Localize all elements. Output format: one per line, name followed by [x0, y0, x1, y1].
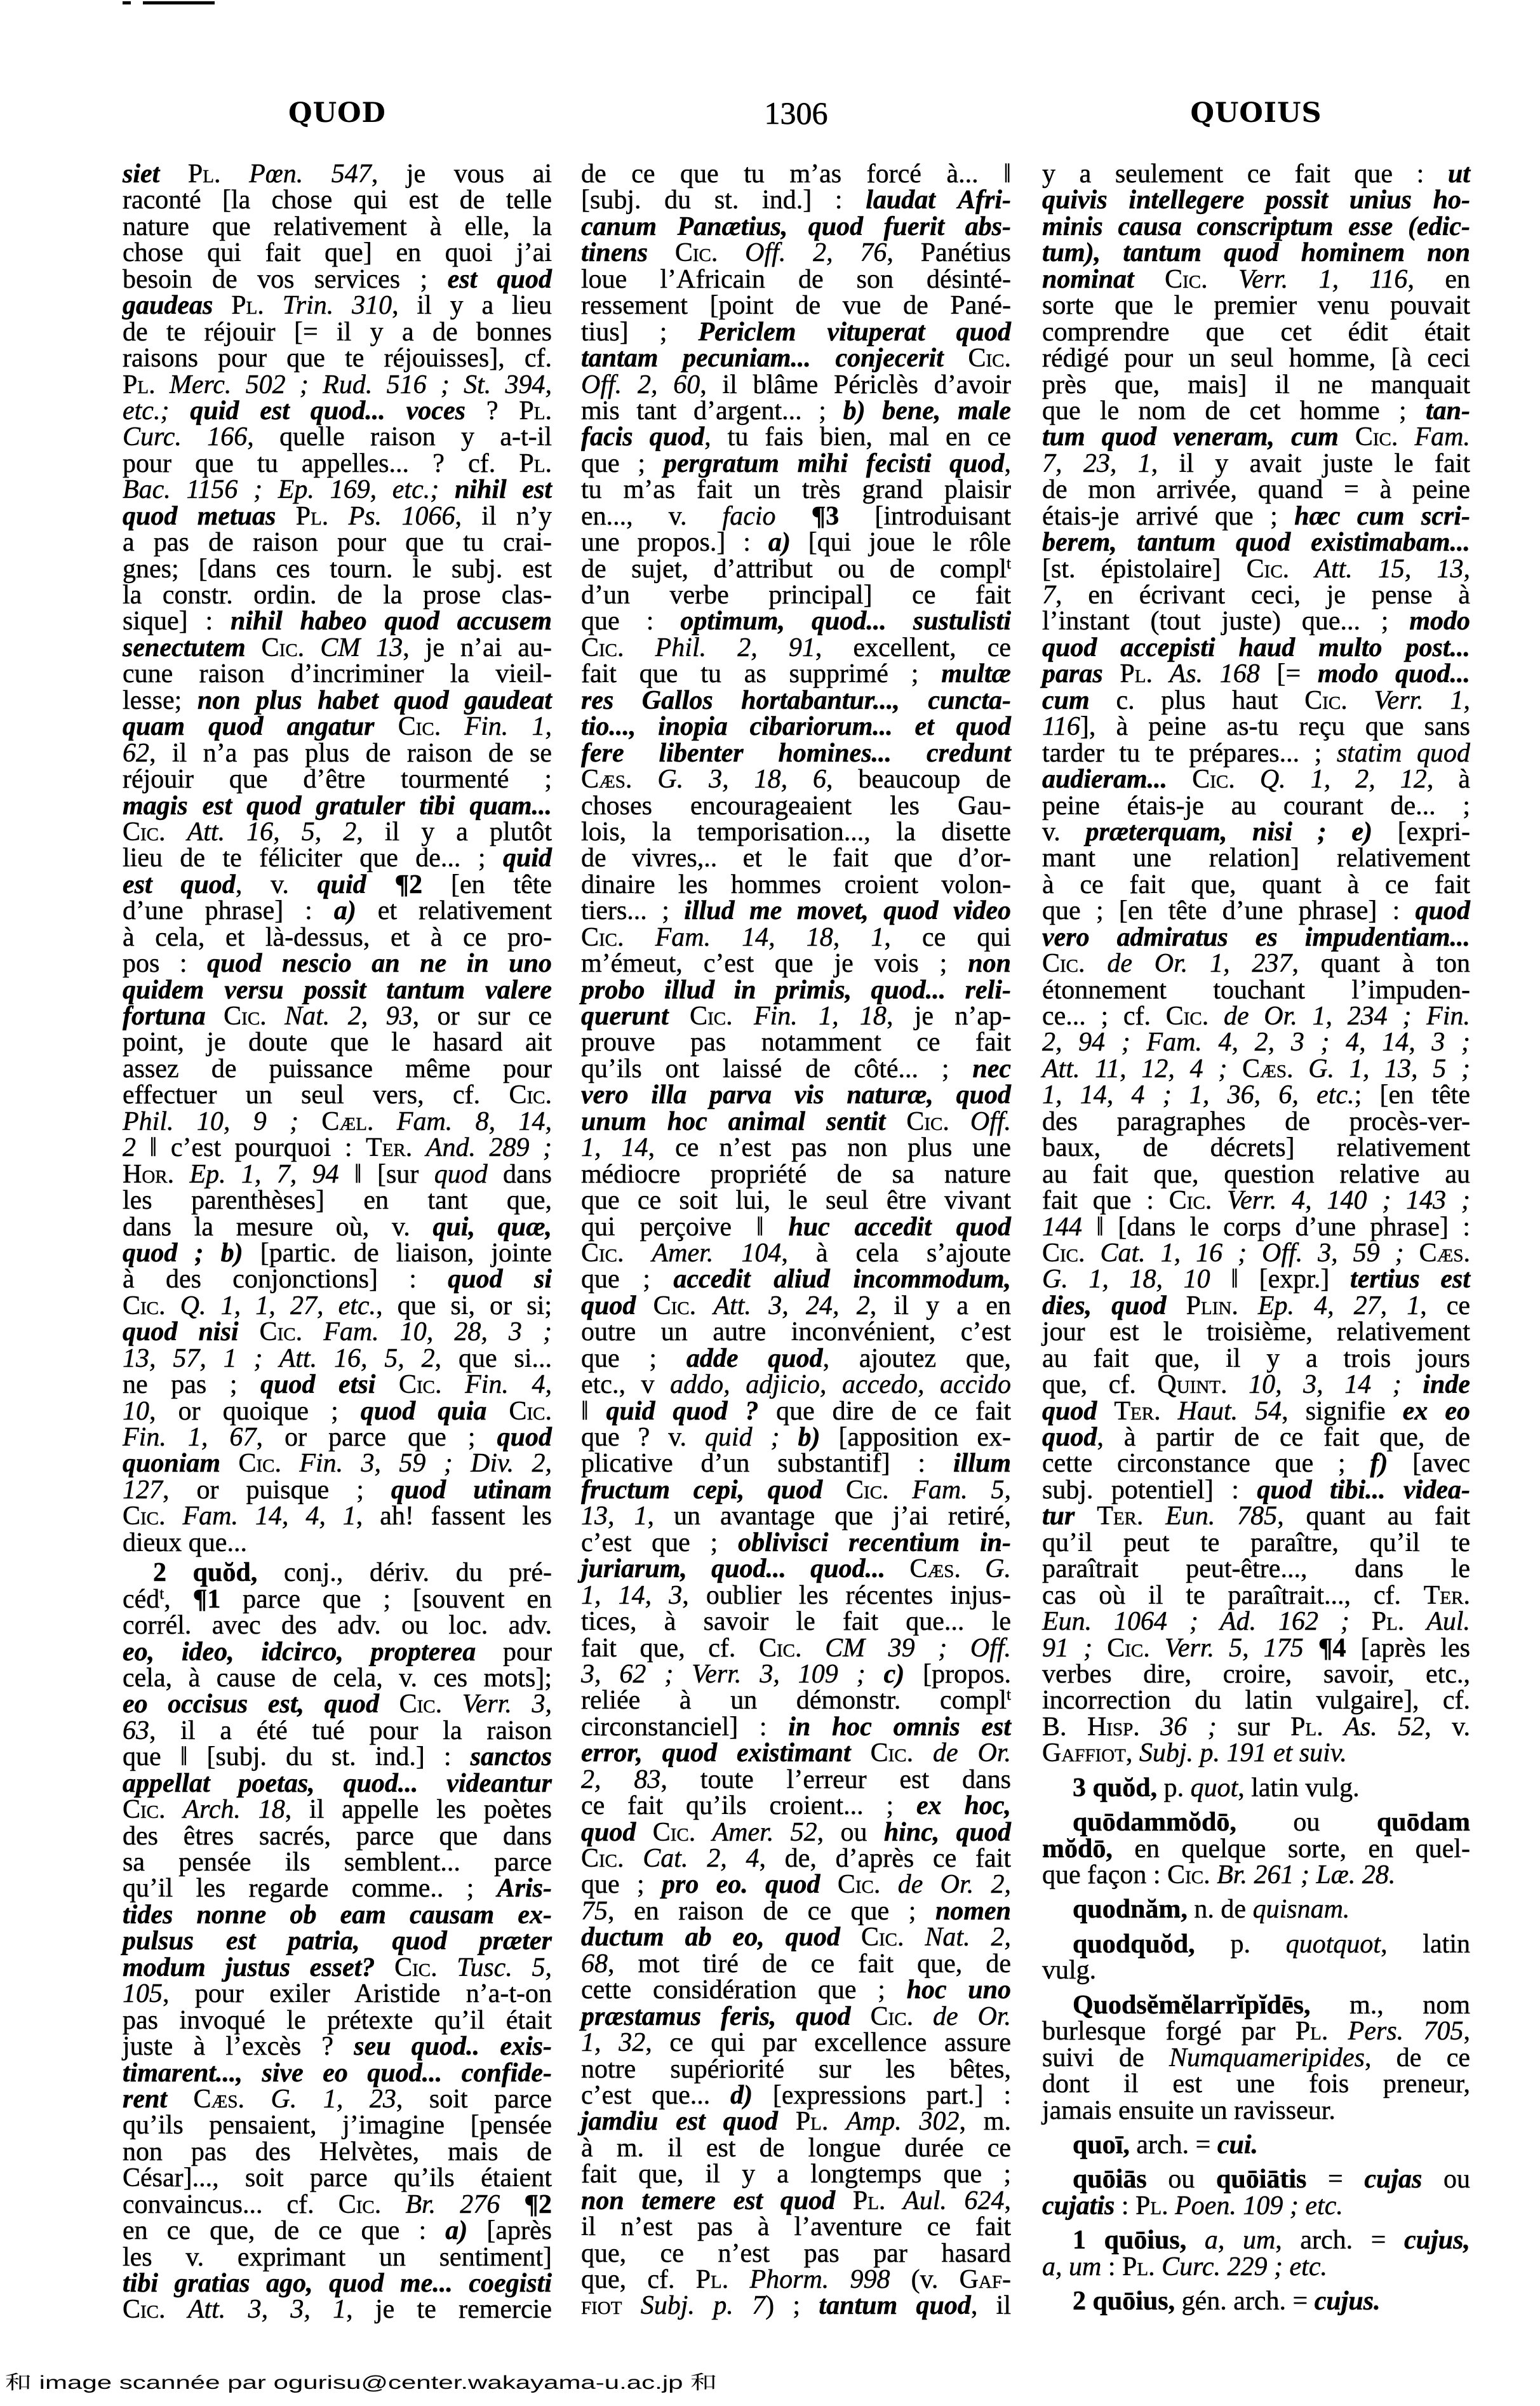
- definition-text: [412, 1133, 426, 1162]
- citation-reference: 62: [123, 739, 149, 768]
- definition-text: circonstanciel] :: [581, 1712, 788, 1742]
- latin-example: hoc uno: [907, 1975, 1011, 2005]
- definition-text: , il y a plutôt: [356, 817, 552, 847]
- definition-text: [1085, 1239, 1101, 1268]
- latin-example: quod etsi: [260, 1370, 375, 1399]
- definition-text: , il n’a pas plus de raison de se: [149, 739, 552, 768]
- author-abbreviation: Ter.: [1097, 1502, 1143, 1531]
- text-line: en ce que, de ce que : a) [après: [123, 2218, 552, 2244]
- definition-text: [1227, 1054, 1242, 1084]
- definition-text: [1150, 1634, 1165, 1663]
- definition-text: [802, 1634, 826, 1663]
- definition-text: , il y avait juste le fait: [1151, 449, 1470, 478]
- definition-text: [166, 1291, 180, 1321]
- definition-text: [1210, 1860, 1217, 1890]
- definition-text: c’est que ;: [581, 1528, 738, 1557]
- entry-first-line: quodquŏd, p. quotquot, latin: [1042, 1932, 1470, 1958]
- definition-text: ou: [1236, 1808, 1377, 1837]
- text-line: d’une phrase] : a) et relativement: [123, 898, 552, 924]
- author-abbreviation: Quint.: [1157, 1370, 1227, 1399]
- definition-text: [1323, 1712, 1344, 1742]
- citation-reference: 116: [1042, 712, 1080, 741]
- latin-example: d): [730, 2081, 753, 2110]
- citation-reference: Verr. 1, 116: [1238, 265, 1407, 294]
- latin-example: quod: [1042, 1423, 1097, 1452]
- definition-text: , oublier les récentes injus-: [682, 1581, 1011, 1610]
- author-abbreviation: Cic.: [509, 1397, 552, 1426]
- latin-example: quidem versu possit tantum valere: [123, 976, 552, 1005]
- definition-text: ‖ [sur: [339, 1160, 434, 1189]
- headword: 2 quŏd,: [153, 1558, 257, 1587]
- definition-text: [379, 1690, 399, 1719]
- latin-example: tertius est: [1350, 1265, 1470, 1294]
- definition-text: [159, 159, 188, 189]
- latin-example: Aris-: [497, 1874, 552, 1903]
- text-line: fiot Subj. p. 7) ; tantum quod, il: [581, 2293, 1011, 2319]
- definition-text: mis tant d’argent... ;: [581, 396, 843, 426]
- text-line: notre supériorité sur les bêtes,: [581, 2057, 1011, 2083]
- definition-text: , beaucoup de: [826, 765, 1011, 794]
- text-line: 2 ‖ c’est pourquoi : Ter. And. 289 ;: [123, 1135, 552, 1161]
- citation-reference: 10, 3, 14 ;: [1249, 1370, 1402, 1399]
- latin-example: quod accepisti haud multo post...: [1042, 633, 1470, 662]
- definition-text: que ce soit lui, le seul être vivant: [581, 1186, 1011, 1215]
- definition-text: [375, 712, 398, 741]
- column-left: siet Pl. Pœn. 547, je vous airaconté [la…: [123, 161, 552, 2323]
- citation-reference: Fin. 1,: [464, 712, 552, 741]
- definition-text: [375, 1370, 399, 1399]
- scan-artifact-mark: [123, 1, 215, 4]
- latin-example: laudat Afri-: [866, 185, 1011, 215]
- definition-text: [1140, 1712, 1161, 1742]
- latin-example: hinc, quod: [884, 1818, 1011, 1847]
- definition-text: c’est que...: [581, 2081, 730, 2110]
- text-line: ductum ab eo, quod Cic. Nat. 2,: [581, 1925, 1011, 1951]
- latin-example: fortuna: [123, 1002, 206, 1031]
- definition-text: ‖ [dans le corps d’une phrase] :: [1082, 1213, 1470, 1242]
- definition-text: [624, 1844, 643, 1873]
- latin-example: jamdiu est quod: [581, 2107, 778, 2136]
- text-line: præstamus feris, quod Cic. de Or.: [581, 2004, 1011, 2030]
- text-line: Cic. Fam. 14, 4, 1, ah! fassent les: [123, 1503, 552, 1529]
- text-line: c’est que ; oblivisci recentium in-: [581, 1530, 1011, 1556]
- text-line: près que, mais] il ne manquait: [1042, 372, 1470, 398]
- definition-text: subj. potentiel] :: [1042, 1475, 1257, 1505]
- author-abbreviation: Cic.: [398, 712, 441, 741]
- citation-reference: Fam. 10, 28, 3 ;: [323, 1317, 552, 1347]
- text-line: que, cf. Quint. 10, 3, 14 ; inde: [1042, 1372, 1470, 1398]
- text-line: B. Hisp. 36 ; sur Pl. As. 52, v.: [1042, 1714, 1470, 1740]
- definition-text: , or quoique ;: [149, 1397, 361, 1426]
- definition-text: [introduisant: [839, 502, 1011, 531]
- definition-text: ou: [1422, 2165, 1470, 2194]
- definition-text: [206, 1002, 224, 1031]
- definition-text: , à cela s’ajoute: [781, 1239, 1011, 1268]
- definition-text: dans la mesure où, v.: [123, 1213, 433, 1242]
- citation-reference: quod: [434, 1160, 488, 1189]
- text-line: vero admiratus es impudentiam...: [1042, 925, 1470, 951]
- text-line: tiers... ; illud me movet, quod video: [581, 898, 1011, 924]
- definition-text: dinaire les hommes croient volon-: [581, 870, 1011, 899]
- citation-reference: Tusc. 5,: [457, 1953, 552, 1982]
- latin-example: quod nescio an ne in uno: [207, 949, 552, 978]
- definition-text: , il blâme Périclès d’avoir: [700, 370, 1011, 400]
- text-line: 2, 83, toute l’erreur est dans: [581, 1767, 1011, 1793]
- headword: 2 quōius,: [1073, 2287, 1175, 2316]
- text-line: Cic. Att. 3, 3, 1, je te remercie: [123, 2297, 552, 2323]
- text-line: dinaire les hommes croient volon-: [581, 872, 1011, 898]
- citation-reference: As. 52: [1344, 1712, 1424, 1742]
- latin-example: cui.: [1217, 2130, 1258, 2160]
- definition-text: , en raison de ce que ;: [608, 1897, 935, 1926]
- text-line: Pl. Merc. 502 ; Rud. 516 ; St. 394,: [123, 372, 552, 398]
- latin-example: huc accedit quod: [788, 1213, 1011, 1242]
- latin-example: quod: [1416, 896, 1470, 925]
- citation-reference: Amp. 302: [846, 2107, 959, 2136]
- entry-first-line: Quodsĕmĕlarrĭpĭdēs, m., nom: [1042, 1993, 1470, 2019]
- text-line: tur Ter. Eun. 785, quant au fait: [1042, 1503, 1470, 1529]
- text-line: etc., v addo, adjicio, accedo, accido: [581, 1372, 1011, 1398]
- text-line: timarent..., sive eo quod... confide-: [123, 2060, 552, 2087]
- headword: quōdammŏdō,: [1073, 1808, 1236, 1837]
- text-line: des paragraphes de procès-ver-: [1042, 1109, 1470, 1135]
- text-line: que ce soit lui, le seul être vivant: [581, 1188, 1011, 1214]
- definition-text: gén. arch. =: [1175, 2287, 1315, 2316]
- text-line: tum), tantum quod hominem non: [1042, 240, 1470, 266]
- citation-reference: Fam. 14, 18, 1: [655, 923, 885, 952]
- latin-example: b) bene, male: [843, 396, 1011, 426]
- definition-text: [220, 1449, 238, 1478]
- latin-example: cujus,: [1404, 2226, 1470, 2255]
- citation-reference: Merc. 502 ; Rud. 516 ; St. 394,: [170, 370, 552, 400]
- citation-reference: 1, 14, 3: [581, 1581, 682, 1610]
- citation-reference: a, um: [1042, 2252, 1101, 2282]
- text-line: étais-je arrivé que ; hæc cum scri-: [1042, 504, 1470, 530]
- text-line: 7, 23, 1, il y avait juste le fait: [1042, 451, 1470, 477]
- citation-reference: CM 39 ; Off.: [825, 1634, 1011, 1663]
- text-line: les v. exprimant un sentiment]: [123, 2245, 552, 2271]
- text-line: tibi gratias ago, quod me... coegisti: [123, 2271, 552, 2297]
- text-line: à des conjonctions] : quod si: [123, 1267, 552, 1293]
- definition-text: , v.: [1424, 1712, 1470, 1742]
- citation-reference: Phil. 2, 91: [655, 633, 815, 662]
- citation-reference: 1, 32: [581, 2028, 645, 2057]
- latin-example: oblivisci recentium in-: [738, 1528, 1011, 1557]
- citation-reference: addo, adjicio, accedo, accido: [670, 1370, 1011, 1399]
- definition-text: n. de: [1188, 1895, 1253, 1924]
- definition-text: céd: [123, 1585, 159, 1614]
- definition-text: parce que ; [souvent en: [220, 1585, 552, 1614]
- text-line: qu’ils pensaient, j’imagine [pensée: [123, 2113, 552, 2139]
- definition-text: [1097, 1397, 1114, 1426]
- citation-reference: 13, 1: [581, 1502, 648, 1531]
- definition-text: B.: [1042, 1712, 1087, 1742]
- text-line: quod Cic. Att. 3, 24, 2, il y a en: [581, 1293, 1011, 1319]
- citation-reference: Cat. 1, 16 ; Off. 3, 59 ;: [1100, 1239, 1403, 1268]
- definition-text: étonnement touchant l’impuden-: [1042, 976, 1470, 1005]
- definition-text: raconté [la chose qui est de telle: [123, 185, 552, 215]
- definition-text: , un avantage que j’ai retiré,: [648, 1502, 1012, 1531]
- author-abbreviation: Cic.: [1042, 949, 1085, 978]
- citation-reference: Subj. p. 7: [641, 2291, 765, 2320]
- text-line: c’est que... d) [expressions part.] :: [581, 2083, 1011, 2109]
- definition-text: [776, 502, 812, 531]
- definition-text: [246, 633, 262, 662]
- author-abbreviation: Gaf-: [960, 2265, 1011, 2294]
- text-line: outre un autre inconvénient, c’est: [581, 1319, 1011, 1345]
- definition-text: peine étais-je au courant de... ;: [1042, 791, 1470, 821]
- definition-text: [828, 2107, 846, 2136]
- definition-text: qu’il peut te paraître, qu’il te: [1042, 1528, 1470, 1557]
- author-abbreviation: Cic.: [123, 817, 166, 847]
- definition-text: [1348, 686, 1374, 715]
- definition-text: suivi de: [1042, 2043, 1169, 2073]
- definition-text: ], à peine as-tu reçu que sans: [1080, 712, 1470, 741]
- author-abbreviation: Cic.: [675, 238, 718, 267]
- text-line: raconté [la chose qui est de telle: [123, 187, 552, 213]
- latin-example: fere libenter homines... credunt: [581, 739, 1011, 768]
- text-line: ce... ; cf. Cic. de Or. 1, 234 ; Fin.: [1042, 1004, 1470, 1030]
- author-abbreviation: Cic.: [123, 1291, 166, 1321]
- author-abbreviation: Pl.: [231, 291, 264, 320]
- definition-text: [835, 2186, 853, 2215]
- citation-reference: Verr. 5, 175: [1165, 1634, 1304, 1663]
- definition-text: [subj. du st. ind.] :: [581, 185, 866, 215]
- text-line: que ‖ [subj. du st. ind.] : sanctos: [123, 1744, 552, 1770]
- citation-reference: Ep. 1, 7, 94: [189, 1160, 338, 1189]
- definition-text: pour: [476, 1637, 552, 1667]
- citation-reference: Br. 261 ; Læ. 28.: [1217, 1860, 1395, 1890]
- definition-text: , m.: [960, 2107, 1011, 2136]
- author-abbreviation: fiot: [581, 2291, 622, 2320]
- text-line: tu m’as fait un très grand plaisir: [581, 477, 1011, 503]
- definition-text: , que si...: [435, 1344, 552, 1373]
- definition-text: tius] ;: [581, 318, 699, 347]
- latin-example: probo illud in primis, quod... reli-: [581, 976, 1011, 1005]
- author-abbreviation: Cic.: [1042, 1239, 1085, 1268]
- text-line: juriarum, quod... quod... Cæs. G.: [581, 1556, 1011, 1582]
- text-line: tides nonne ob eam causam ex-: [123, 1902, 552, 1928]
- definition-text: reliée à un démonstr. compl: [581, 1686, 1007, 1715]
- definition-text: [298, 1107, 321, 1136]
- text-line: choses encourageaient les Gau-: [581, 793, 1011, 819]
- text-line: assez de puissance même pour: [123, 1056, 552, 1082]
- definition-text: y a seulement ce fait que :: [1042, 159, 1448, 189]
- text-line: 144 ‖ [dans le corps d’une phrase] :: [1042, 1214, 1470, 1240]
- definition-text: lois, la temporisation..., la disette: [581, 817, 1011, 847]
- author-abbreviation: Pl.: [1135, 2191, 1168, 2221]
- running-head-right: QUOIUS: [1042, 97, 1470, 129]
- entry-first-line: quōiās ou quōiātis = cujas ou: [1042, 2167, 1470, 2193]
- text-line: burlesque forgé par Pl. Pers. 705,: [1042, 2019, 1470, 2045]
- definition-text: à des conjonctions] :: [123, 1265, 448, 1294]
- definition-text: , soit parce: [396, 2085, 552, 2114]
- headword: quōdam: [1377, 1808, 1470, 1837]
- latin-example: hæc cum scri-: [1294, 502, 1470, 531]
- definition-text: médiocre propriété de sa nature: [581, 1160, 1011, 1189]
- definition-text: tu m’as fait un très grand plaisir: [581, 475, 1011, 504]
- definition-text: , que si, or si;: [376, 1291, 552, 1321]
- definition-text: choses encourageaient les Gau-: [581, 791, 1011, 821]
- citation-reference: statim quod: [1337, 739, 1470, 768]
- text-line: qu’il les regarde comme.. ; Aris-: [123, 1876, 552, 1902]
- citation-reference: Fin. 1, 67: [123, 1423, 257, 1452]
- definition-text: sorte que le premier venu pouvait: [1042, 291, 1470, 320]
- text-line: 3, 62 ; Verr. 3, 109 ; c) [propos.: [581, 1662, 1011, 1688]
- citation-reference: Off.: [970, 1107, 1011, 1136]
- latin-example: adde quod: [686, 1344, 823, 1373]
- text-line: Att. 11, 12, 4 ; Cæs. G. 1, 13, 5 ;: [1042, 1056, 1470, 1082]
- text-line: 75, en raison de ce que ; nomen: [581, 1899, 1011, 1925]
- section-mark: ¶3: [812, 502, 840, 531]
- latin-example: ut: [1448, 159, 1470, 189]
- text-line: cujatis : Pl. Poen. 109 ; etc.: [1042, 2193, 1470, 2219]
- definition-text: au fait que, il y a trois jours: [1042, 1344, 1470, 1373]
- definition-text: [328, 502, 348, 531]
- text-line: quod, à partir de ce fait que, de: [1042, 1425, 1470, 1451]
- text-line: y a seulement ce fait que : ut: [1042, 161, 1470, 187]
- definition-text: dont il est une fois preneur,: [1042, 2069, 1470, 2099]
- definition-text: [213, 291, 231, 320]
- text-line: les parenthèses] en tant que,: [123, 1188, 552, 1214]
- text-line: ressement [point de vue de Pané-: [581, 293, 1011, 319]
- definition-text: , excellent, ce: [815, 633, 1011, 662]
- definition-text: [1404, 1239, 1419, 1268]
- text-line: lesse; non plus habet quod gaudeat: [123, 688, 552, 714]
- latin-example: est quod: [123, 870, 236, 899]
- text-line: verbes dire, croire, savoir, etc.,: [1042, 1662, 1470, 1688]
- definition-text: cette circonstance que ;: [1042, 1449, 1370, 1478]
- author-abbreviation: Cic.: [262, 633, 305, 662]
- latin-example: appellat poetas, quod... videantur: [123, 1769, 552, 1798]
- definition-text: , je n’ap-: [887, 1002, 1011, 1031]
- definition-text: [expressions part.] :: [753, 2081, 1011, 2110]
- latin-example: tinens: [581, 238, 648, 267]
- citation-reference: 127: [123, 1475, 163, 1505]
- superscript: t: [1007, 1687, 1011, 1704]
- text-line: baux, de décrets] relativement: [1042, 1135, 1470, 1161]
- definition-text: , je te remercie: [346, 2295, 552, 2324]
- citation-reference: Verr. 1,: [1374, 686, 1470, 715]
- text-line: gaudeas Pl. Trin. 310, il y a lieu: [123, 293, 552, 319]
- definition-text: [1085, 949, 1108, 978]
- definition-text: ,: [1005, 2186, 1012, 2215]
- text-line: est quod, v. quid ¶2 [en tête: [123, 872, 552, 898]
- definition-text: [880, 1870, 897, 1899]
- citation-reference: Poen. 109 ; etc.: [1175, 2191, 1343, 2221]
- definition-text: cela, à cause de cela, v. ces mots];: [123, 1663, 552, 1693]
- citation-reference: Amer. 52: [713, 1818, 817, 1847]
- author-abbreviation: Cic.: [861, 1923, 904, 1952]
- text-line: 68, mot tiré de ce fait que, de: [581, 1951, 1011, 1977]
- latin-example: paras: [1042, 659, 1103, 689]
- text-line: pas invoqué le prétexte qu’il était: [123, 2008, 552, 2034]
- text-line: eo, ideo, idcirco, propterea pour: [123, 1639, 552, 1665]
- definition-text: , ce: [1420, 1291, 1470, 1321]
- latin-example: non plus habet quod gaudeat: [198, 686, 552, 715]
- text-line: m’émeut, c’est que je vois ; non: [581, 951, 1011, 977]
- definition-text: [166, 2295, 188, 2324]
- text-line: magis est quod gratuler tibi quam...: [123, 793, 552, 819]
- citation-reference: quotquot: [1286, 1930, 1381, 1959]
- latin-example: gaudeas: [123, 291, 213, 320]
- latin-example: quod: [497, 1423, 552, 1452]
- definition-text: sa pensée ils semblent... parce: [123, 1848, 552, 1877]
- definition-text: [718, 238, 745, 267]
- definition-text: [441, 712, 464, 741]
- text-line: quivis intellegere possit unius ho-: [1042, 187, 1470, 213]
- definition-text: [695, 1818, 712, 1847]
- text-line: sa pensée ils semblent... parce: [123, 1850, 552, 1876]
- latin-example: accedit aliud incommodum,: [673, 1265, 1011, 1294]
- definition-text: [442, 1370, 465, 1399]
- definition-text: , quelle raison y a-t-il: [247, 422, 552, 452]
- definition-text: dans: [488, 1160, 552, 1189]
- entry-first-line: quōdammŏdō, ou quōdam: [1042, 1810, 1470, 1836]
- citation-reference: facio: [723, 502, 776, 531]
- text-line: que ; [en tête d’une phrase] : quod: [1042, 898, 1470, 924]
- author-abbreviation: Cic.: [581, 1844, 624, 1873]
- definition-text: verbes dire, croire, savoir, etc.,: [1042, 1660, 1470, 1689]
- text-line: paras Pl. As. 168 [= modo quod...: [1042, 661, 1470, 687]
- definition-text: loue l’Africain de son désinté-: [581, 265, 1011, 294]
- text-line: la constr. ordin. de la prose clas-: [123, 582, 552, 608]
- text-line: a, um : Pl. Curc. 229 ; etc.: [1042, 2254, 1470, 2280]
- text-line: pos : quod nescio an ne in uno: [123, 951, 552, 977]
- definition-text: [=: [1260, 659, 1318, 689]
- author-abbreviation: Cic.: [123, 1795, 166, 1824]
- definition-text: ,: [1464, 2017, 1471, 2046]
- author-abbreviation: Cic.: [399, 1690, 443, 1719]
- definition-text: [733, 1002, 754, 1031]
- author-abbreviation: Cic.: [653, 1291, 697, 1321]
- definition-text: ‖: [581, 1397, 606, 1426]
- latin-example: ex hoc,: [916, 1791, 1011, 1820]
- author-abbreviation: Cic.: [238, 1449, 281, 1478]
- citation-reference: Numquameripides: [1169, 2043, 1365, 2073]
- text-line: que ; adde quod, ajoutez que,: [581, 1346, 1011, 1372]
- author-abbreviation: Pl.: [296, 502, 329, 531]
- definition-text: conj., dériv. du pré-: [257, 1558, 552, 1587]
- latin-example: minis causa conscriptum esse (edic-: [1042, 212, 1470, 241]
- text-line: qu’ils ont laissé de côté... ; nec: [581, 1056, 1011, 1082]
- citation-reference: 10: [123, 1397, 149, 1426]
- definition-text: gnes; [dans ces tourn. le subj. est: [123, 554, 552, 584]
- latin-example: seu quod.. exis-: [354, 2032, 552, 2061]
- headword: quodquŏd,: [1073, 1930, 1195, 1959]
- text-line: [subj. du st. ind.] : laudat Afri-: [581, 187, 1011, 213]
- definition-text: [1167, 1291, 1186, 1321]
- text-line: nature que relativement à elle, la: [123, 214, 552, 240]
- definition-text: , or sur ce: [413, 1002, 552, 1031]
- citation-reference: G. 1, 13, 5 ;: [1308, 1054, 1470, 1084]
- author-abbreviation: Cic.: [224, 1002, 267, 1031]
- citation-reference: Fam. 5,: [912, 1475, 1011, 1505]
- definition-text: [1161, 1397, 1178, 1426]
- text-line: cum c. plus haut Cic. Verr. 1,: [1042, 688, 1470, 714]
- citation-reference: 1, 14, 4 ; 1, 36, 6, etc.: [1042, 1080, 1355, 1110]
- text-line: quidem versu possit tantum valere: [123, 978, 552, 1004]
- text-line: loue l’Africain de son désinté-: [581, 267, 1011, 293]
- definition-text: [302, 1317, 323, 1347]
- definition-text: que dire de ce fait: [758, 1397, 1011, 1426]
- definition-text: , il y a lieu: [392, 291, 552, 320]
- text-line: quod accepisti haud multo post...: [1042, 635, 1470, 661]
- citation-reference: Aul. 624: [903, 2186, 1004, 2215]
- citation-reference: G. 3, 18, 6: [657, 765, 826, 794]
- text-line: cette circonstance que ; f) [avec: [1042, 1451, 1470, 1477]
- definition-text: qu’il les regarde comme.. ;: [123, 1874, 497, 1903]
